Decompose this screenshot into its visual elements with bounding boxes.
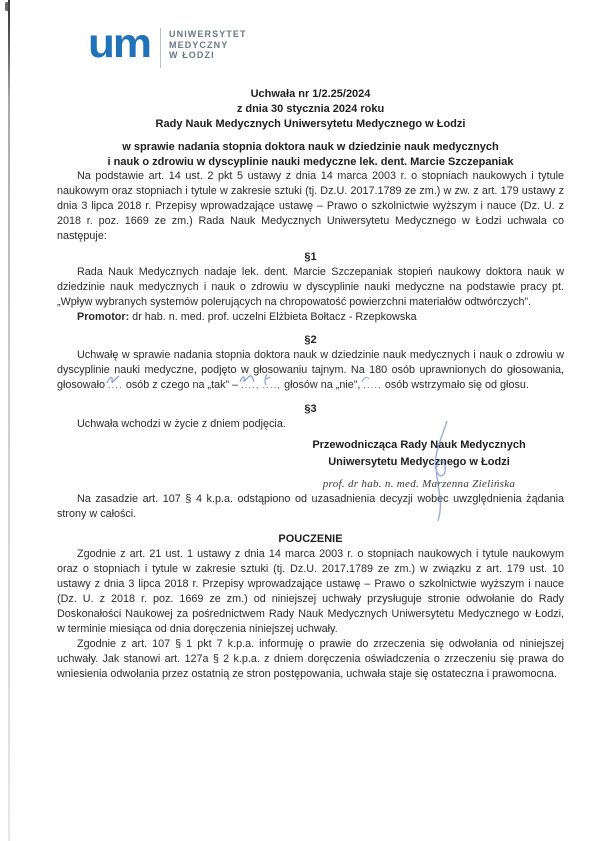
university-name-line: UNIWERSYTET <box>169 29 247 40</box>
vote-blank-yes2: ...., <box>263 379 282 391</box>
section-2-heading: §2 <box>57 333 564 348</box>
scan-edge-artifact <box>8 0 10 841</box>
university-name-line: W ŁODZI <box>169 50 247 61</box>
university-logo: um UNIWERSYTET MEDYCZNY W ŁODZI <box>88 26 564 74</box>
um-logo-mark: um <box>88 26 150 63</box>
promotor-label: Promotor: <box>77 311 129 323</box>
signature-title-line: Uniwersytetu Medycznego w Łodzi <box>299 454 539 471</box>
pouczenie-paragraph-2: Zgodnie z art. 107 § 1 pkt 7 k.p.a. info… <box>57 637 564 682</box>
section-3-body: Uchwała wchodzi w życie z dniem podjęcia… <box>57 417 564 432</box>
pouczenie-heading: POUCZENIE <box>57 532 564 547</box>
legal-preamble: Na podstawie art. 14 ust. 2 pkt 5 ustawy… <box>57 169 564 244</box>
voting-text: osób z czego na „tak” – <box>126 379 238 391</box>
vote-blank-yes: ...., <box>241 379 260 391</box>
signature-title-line: Przewodnicząca Rady Nauk Medycznych <box>299 437 539 454</box>
document-body: um UNIWERSYTET MEDYCZNY W ŁODZI Uchwała … <box>57 0 564 682</box>
signature-block: Przewodnicząca Rady Nauk Medycznych Uniw… <box>299 437 539 492</box>
subject-line: w sprawie nadania stopnia doktora nauk w… <box>57 140 564 155</box>
resolution-number: Uchwała nr 1/2.25/2024 <box>57 87 564 102</box>
voting-text: osób wstrzymało się od głosu. <box>385 379 529 391</box>
section-1-body: Rada Nauk Medycznych nadaje lek. dent. M… <box>57 265 564 310</box>
vote-blank-abstained: ..... <box>363 379 382 391</box>
section-3-heading: §3 <box>57 402 564 417</box>
promotor-line: Promotor: dr hab. n. med. prof. uczelni … <box>57 310 564 325</box>
university-name-line: MEDYCZNY <box>169 40 247 51</box>
university-name: UNIWERSYTET MEDYCZNY W ŁODZI <box>169 29 247 61</box>
voting-paragraph: Uchwałę w sprawie nadania stopnia doktor… <box>57 348 564 393</box>
scanned-resolution-page: { "colors":{"brand_blue":"#2173b9","logo… <box>0 0 611 841</box>
logo-divider <box>160 28 161 68</box>
resolution-subject: w sprawie nadania stopnia doktora nauk w… <box>57 140 564 169</box>
subject-line: i nauk o zdrowiu w dyscyplinie nauki med… <box>57 155 564 170</box>
section-1-heading: §1 <box>57 250 564 265</box>
pouczenie-paragraph-1: Zgodnie z art. 21 ust. 1 ustawy z dnia 1… <box>57 547 564 637</box>
voting-text: głosów na „nie”, <box>284 379 360 391</box>
waiver-paragraph: Na zasadzie art. 107 § 4 k.p.a. odstąpio… <box>57 492 564 522</box>
resolution-title: Uchwała nr 1/2.25/2024 z dnia 30 styczni… <box>57 87 564 132</box>
resolution-date: z dnia 30 stycznia 2024 roku <box>57 102 564 117</box>
signatory-name: prof. dr hab. n. med. Marzenna Zielińska <box>299 477 539 492</box>
promotor-name: dr hab. n. med. prof. uczelni Elżbieta B… <box>129 311 416 323</box>
resolution-council: Rady Nauk Medycznych Uniwersytetu Medycz… <box>57 117 564 132</box>
vote-blank-voted: .... <box>108 379 123 391</box>
